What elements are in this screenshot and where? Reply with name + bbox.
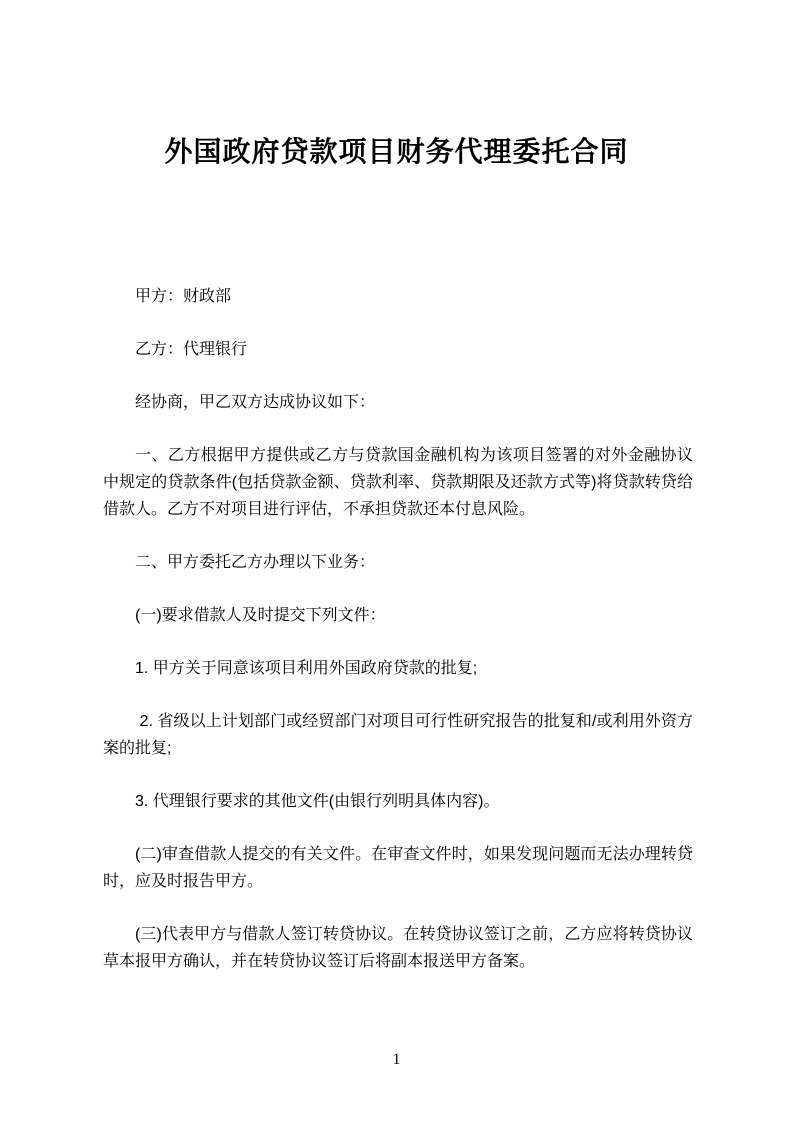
paragraph-preamble: 经协商，甲乙双方达成协议如下： xyxy=(103,389,693,416)
document-page: 外国政府贷款项目财务代理委托合同 甲方：财政部 乙方：代理银行 经协商，甲乙双方… xyxy=(0,0,793,1122)
document-title: 外国政府贷款项目财务代理委托合同 xyxy=(0,134,793,170)
page-number: 1 xyxy=(0,1048,793,1072)
paragraph-clause-2-3: (三)代表甲方与借款人签订转贷协议。在转贷协议签订之前，乙方应将转贷协议草本报甲… xyxy=(103,921,693,975)
paragraph-clause-1: 一、乙方根据甲方提供或乙方与贷款国金融机构为该项目签署的对外金融协议中规定的贷款… xyxy=(103,442,693,523)
paragraph-item-2: 2. 省级以上计划部门或经贸部门对项目可行性研究报告的批复和/或利用外资方案的批… xyxy=(103,708,693,762)
paragraph-clause-2-2: (二)审查借款人提交的有关文件。在审查文件时，如果发现问题而无法办理转贷时，应及… xyxy=(103,841,693,895)
paragraph-clause-2: 二、甲方委托乙方办理以下业务： xyxy=(103,549,693,576)
paragraph-item-1: 1. 甲方关于同意该项目利用外国政府贷款的批复; xyxy=(103,655,693,682)
document-body: 甲方：财政部 乙方：代理银行 经协商，甲乙双方达成协议如下： 一、乙方根据甲方提… xyxy=(103,283,693,1001)
paragraph-party-a: 甲方：财政部 xyxy=(103,283,693,310)
paragraph-party-b: 乙方：代理银行 xyxy=(103,336,693,363)
paragraph-clause-2-1: (一)要求借款人及时提交下列文件： xyxy=(103,602,693,629)
paragraph-item-3: 3. 代理银行要求的其他文件(由银行列明具体内容)。 xyxy=(103,788,693,815)
